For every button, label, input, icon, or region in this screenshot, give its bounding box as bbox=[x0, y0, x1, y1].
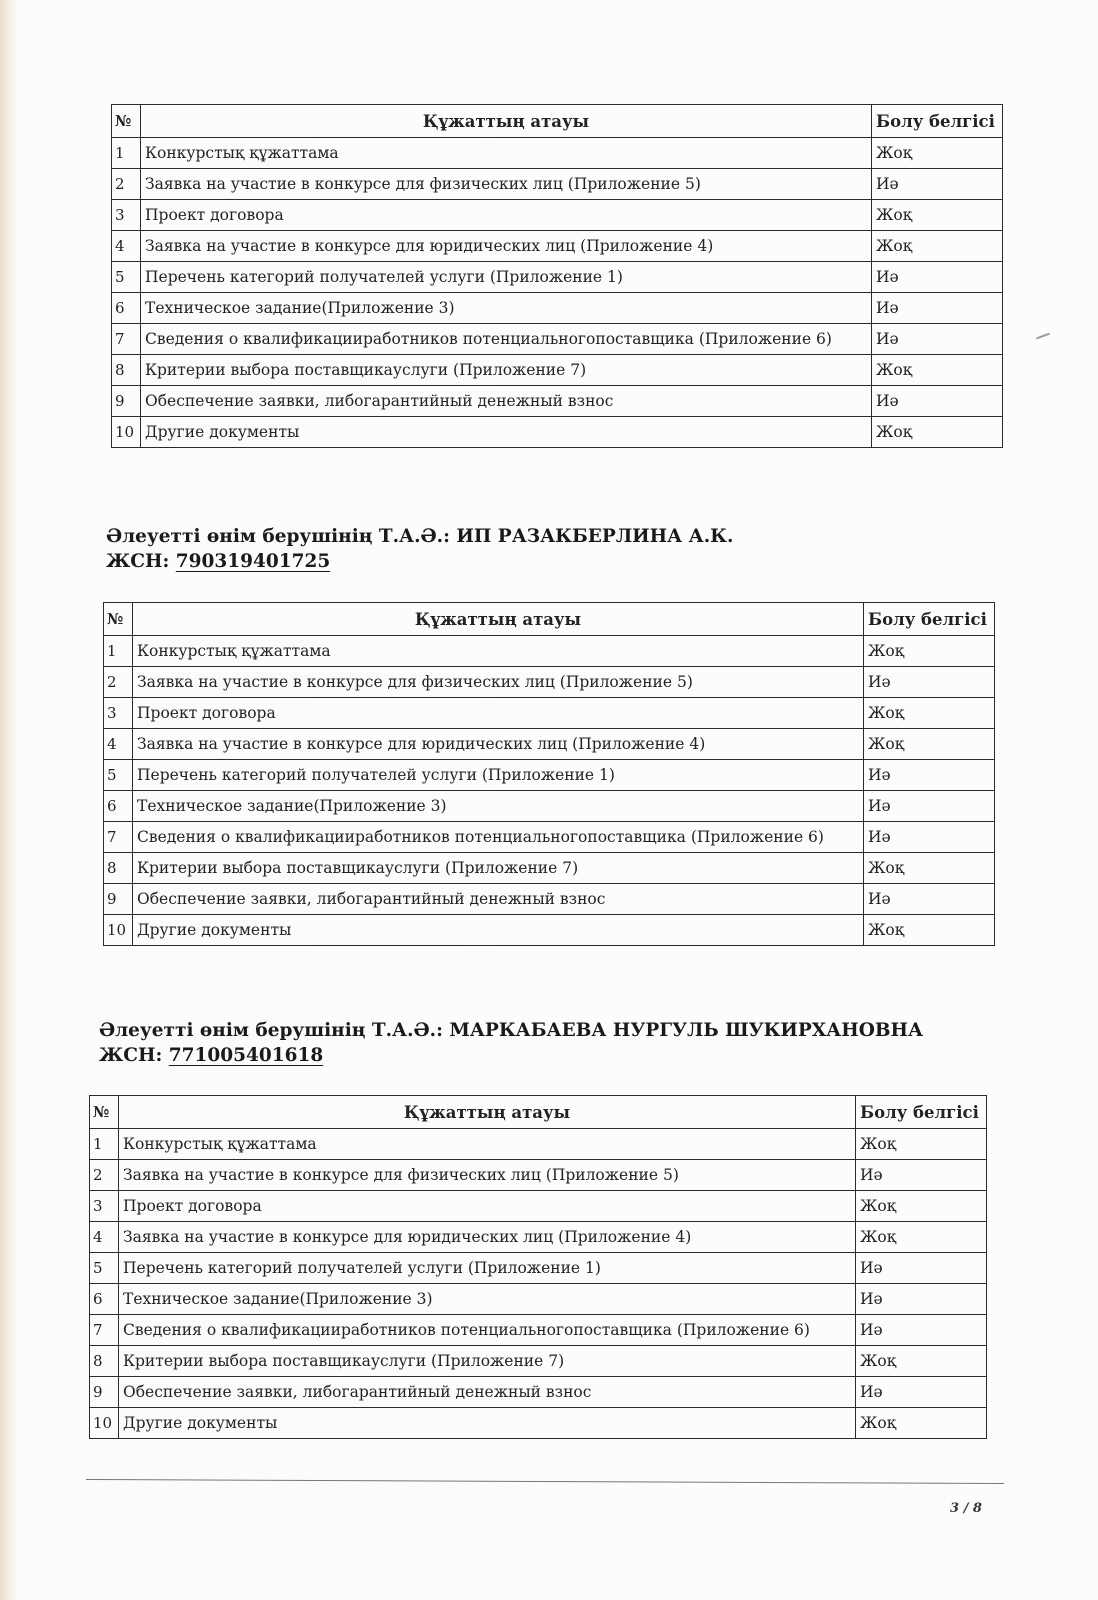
presence-status: Иә bbox=[872, 262, 1003, 293]
table-row: 7Сведения о квалификацииработников потен… bbox=[112, 324, 1003, 355]
id-label: ЖСН: bbox=[99, 1045, 162, 1066]
presence-status: Иә bbox=[864, 760, 995, 791]
row-number: 5 bbox=[112, 262, 141, 293]
document-name: Обеспечение заявки, либогарантийный дене… bbox=[119, 1377, 856, 1408]
document-name: Конкурстық құжаттама bbox=[119, 1129, 856, 1160]
document-name: Сведения о квалификацииработников потенц… bbox=[133, 822, 864, 853]
presence-status: Иә bbox=[872, 386, 1003, 417]
column-header-status: Болу белгісі bbox=[864, 603, 995, 636]
documents-table-2: № Құжаттың атауы Болу белгісі 1Конкурсты… bbox=[103, 602, 995, 946]
document-name: Конкурстық құжаттама bbox=[141, 138, 872, 169]
document-name: Конкурстық құжаттама bbox=[133, 636, 864, 667]
table-row: 10Другие документыЖоқ bbox=[112, 417, 1003, 448]
row-number: 3 bbox=[112, 200, 141, 231]
document-name: Критерии выбора поставщикауслуги (Прилож… bbox=[141, 355, 872, 386]
document-name: Заявка на участие в конкурсе для физичес… bbox=[133, 667, 864, 698]
provider-id-line: ЖСН: 771005401618 bbox=[99, 1043, 923, 1068]
presence-status: Жоқ bbox=[856, 1346, 987, 1377]
presence-status: Иә bbox=[872, 293, 1003, 324]
presence-status: Жоқ bbox=[864, 729, 995, 760]
document-name: Критерии выбора поставщикауслуги (Прилож… bbox=[119, 1346, 856, 1377]
documents-table-1: № Құжаттың атауы Болу белгісі 1Конкурсты… bbox=[111, 104, 1003, 448]
row-number: 5 bbox=[104, 760, 133, 791]
row-number: 7 bbox=[104, 822, 133, 853]
table-row: 2Заявка на участие в конкурсе для физиче… bbox=[90, 1160, 987, 1191]
document-name: Перечень категорий получателей услуги (П… bbox=[119, 1253, 856, 1284]
row-number: 6 bbox=[112, 293, 141, 324]
presence-status: Иә bbox=[864, 791, 995, 822]
table-row: 8Критерии выбора поставщикауслуги (Прило… bbox=[90, 1346, 987, 1377]
document-name: Другие документы bbox=[119, 1408, 856, 1439]
provider-label: Әлеуетті өнім берушінің Т.А.Ә.: bbox=[99, 1020, 443, 1041]
page-number: 3 / 8 bbox=[950, 1501, 982, 1516]
presence-status: Жоқ bbox=[872, 417, 1003, 448]
provider-block-2: Әлеуетті өнім берушінің Т.А.Ә.: ИП РАЗАК… bbox=[106, 524, 733, 574]
table-header-row: № Құжаттың атауы Болу белгісі bbox=[112, 105, 1003, 138]
presence-status: Жоқ bbox=[864, 636, 995, 667]
row-number: 10 bbox=[90, 1408, 119, 1439]
table-row: 5Перечень категорий получателей услуги (… bbox=[104, 760, 995, 791]
column-header-number: № bbox=[90, 1096, 119, 1129]
provider-name: ИП РАЗАКБЕРЛИНА А.К. bbox=[456, 526, 733, 547]
table-row: 3Проект договораЖоқ bbox=[90, 1191, 987, 1222]
table-row: 9Обеспечение заявки, либогарантийный ден… bbox=[112, 386, 1003, 417]
row-number: 8 bbox=[112, 355, 141, 386]
document-name: Проект договора bbox=[141, 200, 872, 231]
provider-name-line: Әлеуетті өнім берушінің Т.А.Ә.: МАРКАБАЕ… bbox=[99, 1018, 923, 1043]
document-name: Обеспечение заявки, либогарантийный дене… bbox=[141, 386, 872, 417]
documents-table-3: № Құжаттың атауы Болу белгісі 1Конкурсты… bbox=[89, 1095, 987, 1439]
presence-status: Жоқ bbox=[864, 698, 995, 729]
row-number: 6 bbox=[90, 1284, 119, 1315]
column-header-name: Құжаттың атауы bbox=[119, 1096, 856, 1129]
presence-status: Жоқ bbox=[872, 231, 1003, 262]
row-number: 2 bbox=[104, 667, 133, 698]
presence-status: Иә bbox=[872, 169, 1003, 200]
table-row: 5Перечень категорий получателей услуги (… bbox=[90, 1253, 987, 1284]
table-row: 9Обеспечение заявки, либогарантийный ден… bbox=[104, 884, 995, 915]
provider-id-line: ЖСН: 790319401725 bbox=[106, 549, 733, 574]
document-name: Перечень категорий получателей услуги (П… bbox=[133, 760, 864, 791]
row-number: 1 bbox=[112, 138, 141, 169]
row-number: 10 bbox=[112, 417, 141, 448]
column-header-number: № bbox=[104, 603, 133, 636]
document-name: Заявка на участие в конкурсе для юридиче… bbox=[141, 231, 872, 262]
row-number: 3 bbox=[90, 1191, 119, 1222]
document-name: Заявка на участие в конкурсе для юридиче… bbox=[133, 729, 864, 760]
table-row: 10Другие документыЖоқ bbox=[104, 915, 995, 946]
table-row: 6Техническое задание(Приложение 3)Иә bbox=[112, 293, 1003, 324]
document-name: Сведения о квалификацииработников потенц… bbox=[119, 1315, 856, 1346]
presence-status: Иә bbox=[864, 667, 995, 698]
table-row: 3Проект договораЖоқ bbox=[104, 698, 995, 729]
presence-status: Жоқ bbox=[872, 138, 1003, 169]
scan-mark bbox=[1036, 333, 1050, 340]
presence-status: Иә bbox=[856, 1253, 987, 1284]
table-row: 4Заявка на участие в конкурсе для юридич… bbox=[104, 729, 995, 760]
table-row: 6Техническое задание(Приложение 3)Иә bbox=[90, 1284, 987, 1315]
table-row: 1Конкурстық құжаттамаЖоқ bbox=[104, 636, 995, 667]
table-row: 9Обеспечение заявки, либогарантийный ден… bbox=[90, 1377, 987, 1408]
presence-status: Жоқ bbox=[856, 1191, 987, 1222]
table-row: 2Заявка на участие в конкурсе для физиче… bbox=[112, 169, 1003, 200]
presence-status: Жоқ bbox=[864, 915, 995, 946]
column-header-name: Құжаттың атауы bbox=[133, 603, 864, 636]
row-number: 8 bbox=[104, 853, 133, 884]
table-row: 4Заявка на участие в конкурсе для юридич… bbox=[112, 231, 1003, 262]
table-header-row: № Құжаттың атауы Болу белгісі bbox=[104, 603, 995, 636]
table-row: 1Конкурстық құжаттамаЖоқ bbox=[90, 1129, 987, 1160]
presence-status: Жоқ bbox=[856, 1408, 987, 1439]
table-row: 1Конкурстық құжаттамаЖоқ bbox=[112, 138, 1003, 169]
row-number: 4 bbox=[104, 729, 133, 760]
table-header-row: № Құжаттың атауы Болу белгісі bbox=[90, 1096, 987, 1129]
row-number: 10 bbox=[104, 915, 133, 946]
table-row: 6Техническое задание(Приложение 3)Иә bbox=[104, 791, 995, 822]
provider-name: МАРКАБАЕВА НУРГУЛЬ ШУКИРХАНОВНА bbox=[449, 1020, 923, 1041]
provider-block-3: Әлеуетті өнім берушінің Т.А.Ә.: МАРКАБАЕ… bbox=[99, 1018, 923, 1068]
row-number: 8 bbox=[90, 1346, 119, 1377]
table-row: 5Перечень категорий получателей услуги (… bbox=[112, 262, 1003, 293]
row-number: 9 bbox=[112, 386, 141, 417]
row-number: 4 bbox=[112, 231, 141, 262]
presence-status: Иә bbox=[872, 324, 1003, 355]
row-number: 2 bbox=[90, 1160, 119, 1191]
row-number: 3 bbox=[104, 698, 133, 729]
presence-status: Жоқ bbox=[872, 200, 1003, 231]
column-header-name: Құжаттың атауы bbox=[141, 105, 872, 138]
document-name: Критерии выбора поставщикауслуги (Прилож… bbox=[133, 853, 864, 884]
id-label: ЖСН: bbox=[106, 551, 169, 572]
provider-id: 771005401618 bbox=[169, 1045, 323, 1066]
presence-status: Жоқ bbox=[864, 853, 995, 884]
row-number: 7 bbox=[90, 1315, 119, 1346]
table-row: 10Другие документыЖоқ bbox=[90, 1408, 987, 1439]
presence-status: Жоқ bbox=[872, 355, 1003, 386]
provider-label: Әлеуетті өнім берушінің Т.А.Ә.: bbox=[106, 526, 450, 547]
row-number: 6 bbox=[104, 791, 133, 822]
document-name: Проект договора bbox=[119, 1191, 856, 1222]
document-name: Обеспечение заявки, либогарантийный дене… bbox=[133, 884, 864, 915]
row-number: 1 bbox=[90, 1129, 119, 1160]
document-name: Другие документы bbox=[133, 915, 864, 946]
row-number: 7 bbox=[112, 324, 141, 355]
document-name: Сведения о квалификацииработников потенц… bbox=[141, 324, 872, 355]
row-number: 2 bbox=[112, 169, 141, 200]
document-name: Заявка на участие в конкурсе для физичес… bbox=[119, 1160, 856, 1191]
table-row: 7Сведения о квалификацииработников потен… bbox=[104, 822, 995, 853]
document-page: № Құжаттың атауы Болу белгісі 1Конкурсты… bbox=[0, 0, 1098, 1600]
row-number: 9 bbox=[90, 1377, 119, 1408]
table-row: 7Сведения о квалификацииработников потен… bbox=[90, 1315, 987, 1346]
table-row: 3Проект договораЖоқ bbox=[112, 200, 1003, 231]
presence-status: Жоқ bbox=[856, 1129, 987, 1160]
document-name: Другие документы bbox=[141, 417, 872, 448]
document-name: Заявка на участие в конкурсе для физичес… bbox=[141, 169, 872, 200]
provider-id: 790319401725 bbox=[176, 551, 330, 572]
footer-divider bbox=[86, 1479, 1004, 1484]
row-number: 1 bbox=[104, 636, 133, 667]
presence-status: Иә bbox=[856, 1315, 987, 1346]
column-header-status: Болу белгісі bbox=[856, 1096, 987, 1129]
table-row: 4Заявка на участие в конкурсе для юридич… bbox=[90, 1222, 987, 1253]
row-number: 5 bbox=[90, 1253, 119, 1284]
table-row: 2Заявка на участие в конкурсе для физиче… bbox=[104, 667, 995, 698]
presence-status: Иә bbox=[856, 1284, 987, 1315]
presence-status: Иә bbox=[864, 822, 995, 853]
presence-status: Иә bbox=[864, 884, 995, 915]
table-row: 8Критерии выбора поставщикауслуги (Прило… bbox=[112, 355, 1003, 386]
presence-status: Жоқ bbox=[856, 1222, 987, 1253]
document-name: Техническое задание(Приложение 3) bbox=[141, 293, 872, 324]
document-name: Техническое задание(Приложение 3) bbox=[133, 791, 864, 822]
column-header-status: Болу белгісі bbox=[872, 105, 1003, 138]
presence-status: Иә bbox=[856, 1160, 987, 1191]
presence-status: Иә bbox=[856, 1377, 987, 1408]
document-name: Заявка на участие в конкурсе для юридиче… bbox=[119, 1222, 856, 1253]
row-number: 9 bbox=[104, 884, 133, 915]
column-header-number: № bbox=[112, 105, 141, 138]
table-row: 8Критерии выбора поставщикауслуги (Прило… bbox=[104, 853, 995, 884]
row-number: 4 bbox=[90, 1222, 119, 1253]
provider-name-line: Әлеуетті өнім берушінің Т.А.Ә.: ИП РАЗАК… bbox=[106, 524, 733, 549]
document-name: Проект договора bbox=[133, 698, 864, 729]
document-name: Техническое задание(Приложение 3) bbox=[119, 1284, 856, 1315]
document-name: Перечень категорий получателей услуги (П… bbox=[141, 262, 872, 293]
